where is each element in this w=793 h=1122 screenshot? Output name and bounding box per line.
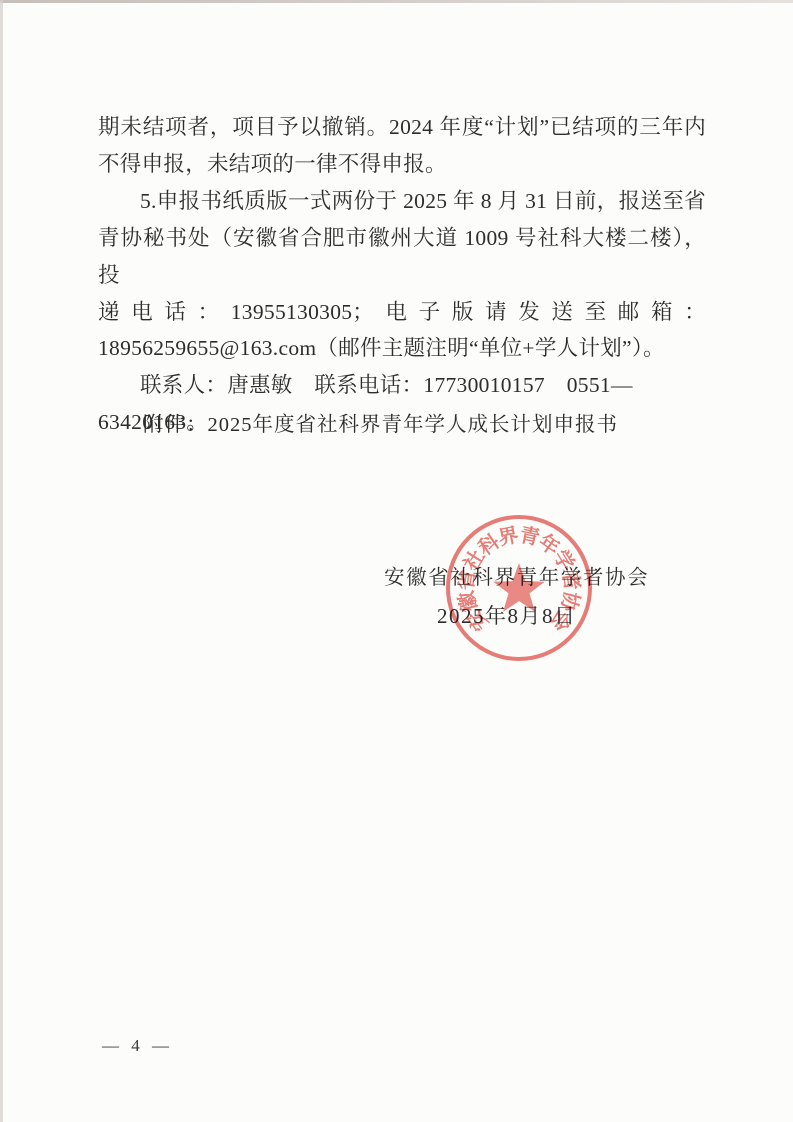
svg-text:界: 界 (496, 523, 520, 550)
body-line: 18956259655@163.com（邮件主题注明“单位+学人计划”）。 (98, 330, 706, 367)
signature-date: 2025年8月8日 (437, 600, 577, 630)
scan-edge-top (0, 0, 793, 3)
body-text: 期未结项者，项目予以撤销。2024 年度“计划”已结项的三年内 不得申报，未结项… (98, 109, 706, 441)
document-page: 期未结项者，项目予以撤销。2024 年度“计划”已结项的三年内 不得申报，未结项… (0, 0, 793, 1122)
svg-text:青: 青 (517, 522, 541, 550)
body-line: 青协秘书处（安徽省合肥市徽州大道 1009 号社科大楼二楼），投 (98, 220, 706, 294)
body-line: 期未结项者，项目予以撤销。2024 年度“计划”已结项的三年内 (98, 109, 706, 146)
body-line: 递电话：13955130305；电子版请发送至邮箱： (98, 294, 706, 331)
attachment-line: 附件：2025年度省社科界青年学人成长计划申报书 (98, 412, 718, 438)
svg-text:科: 科 (474, 528, 505, 560)
svg-text:年: 年 (534, 529, 564, 560)
signature-org-name: 安徽省社科界青年学者协会 (384, 560, 649, 590)
page-number: — 4 — (102, 1036, 173, 1056)
body-line: 5.申报书纸质版一式两份于 2025 年 8 月 31 日前，报送至省 (98, 183, 706, 220)
body-line: 不得申报，未结项的一律不得申报。 (98, 146, 706, 183)
scan-edge-left (0, 0, 3, 1122)
